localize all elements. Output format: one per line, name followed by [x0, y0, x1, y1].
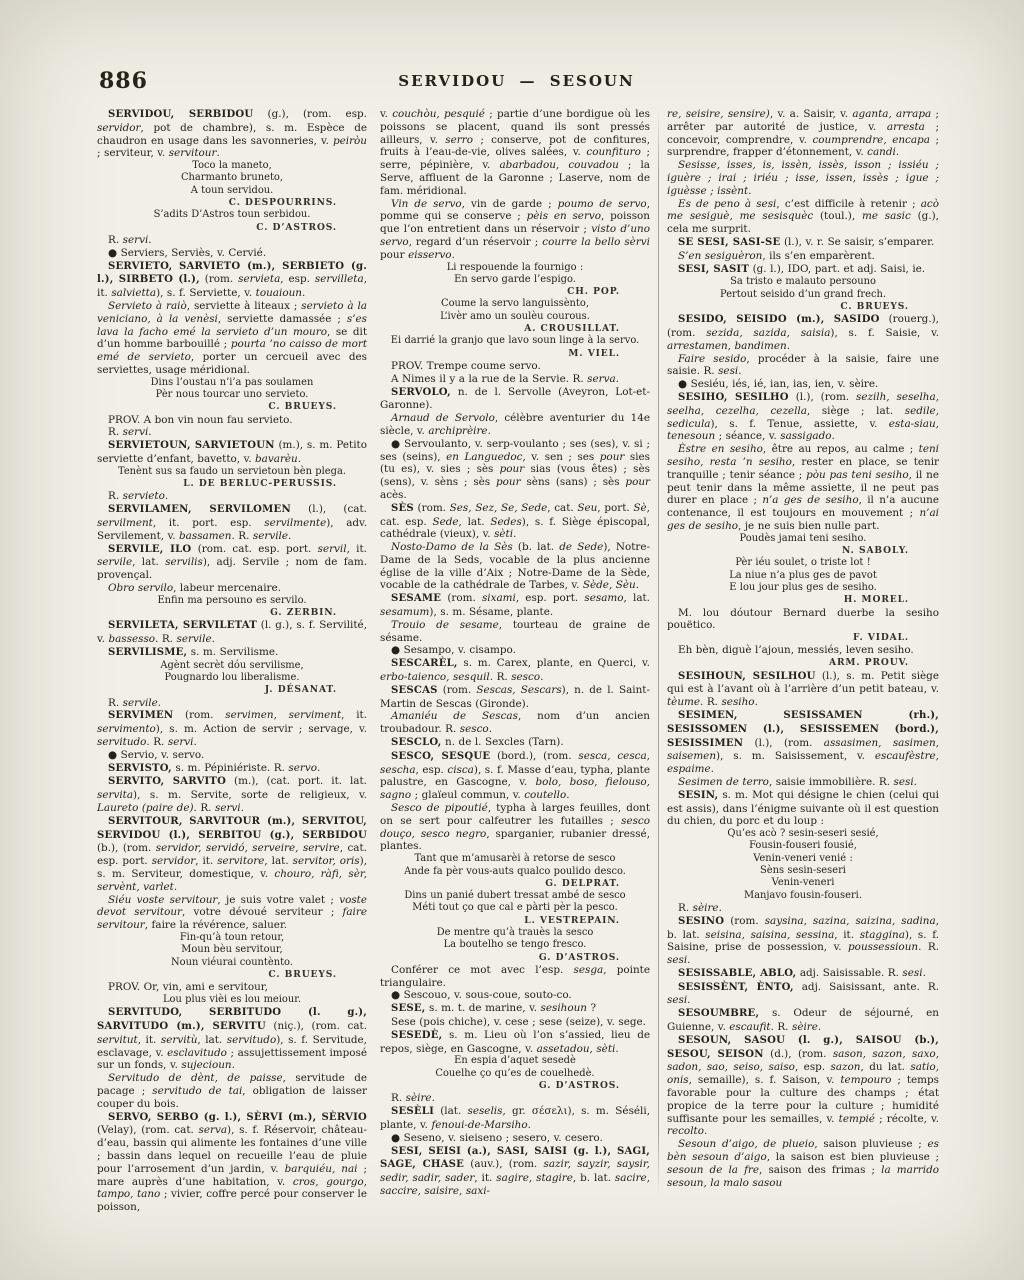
verse-line: Fin-qu’à toun retour, [97, 932, 367, 944]
dictionary-entry: SERVILAMEN, SERVILOMEN (l.), (cat. servi… [97, 503, 367, 542]
dictionary-entry: SERVILETA, SERVILETAT (l. g.), s. f. Ser… [97, 619, 367, 646]
dictionary-entry: SESCLO, n. de l. Sexcles (Tarn). [380, 736, 650, 750]
example-paragraph: Èstre en sesiho, être au repos, au calme… [667, 443, 939, 533]
example-paragraph: S’en sesiguèron, ils s’en emparèrent. [667, 250, 939, 263]
headword: SERVO, SERBO (g. l.), SÈRVI (m.), SÈRVIO [108, 1112, 367, 1123]
verse-line: Enfin ma persouno es servilo. [97, 595, 367, 607]
dictionary-entry: SERVIDOU, SERBIDOU (g.), (rom. esp. serv… [97, 108, 367, 160]
column-right: re, seisire, sensire), v. a. Saisir, v. … [667, 108, 939, 1189]
dictionary-entry: SESIHOUN, SESILHOU (l.), s. m. Petit siè… [667, 670, 939, 709]
headword: SESCAS [391, 685, 438, 696]
headword: SERVILETA, SERVILETAT [108, 620, 257, 631]
dictionary-entry: SESI, SEISI (a.), SASI, SAISI (g. l.), S… [380, 1145, 650, 1198]
verse-line: Ei darrié la granjo que lavo soun linge … [380, 335, 650, 347]
headword: SERVILAMEN, SERVILOMEN [108, 504, 291, 515]
example-paragraph: R. sèire. [380, 1092, 650, 1105]
verse-line: Ande fa pèr vous-auts qualco poulido des… [380, 866, 650, 878]
dictionary-entry: SESÈLI (lat. seselis, gr. σέσελι), s. m.… [380, 1105, 650, 1132]
proverb-line: PROV. Trempe coume servo. [380, 360, 650, 373]
headword: SESE, [391, 1003, 425, 1014]
attribution: M. VIEL. [380, 348, 650, 360]
headword: SESINO [678, 916, 724, 927]
verse-line: Venin-veneri venié : [667, 853, 939, 865]
attribution: L. VESTREPAIN. [380, 915, 650, 927]
verse-line: E lou jour plus ges de sesiho. [667, 582, 939, 594]
cross-reference-line: ● Serviers, Serviès, v. Cervié. [97, 247, 367, 260]
example-paragraph: R. servieto. [97, 490, 367, 503]
verse-line: Toco la maneto, [97, 160, 367, 172]
attribution: G. ZERBIN. [97, 607, 367, 619]
verse-line: Poudès jamai teni sesiho. [667, 533, 939, 545]
verse-line: L’ivèr amo un soulèu courous. [380, 311, 650, 323]
verse-line: Pougnardo lou liberalisme. [97, 672, 367, 684]
headword: SESISSABLE, ABLO, [678, 968, 796, 979]
column-center: v. couchòu, pesquié ; partie d’une bordi… [380, 108, 650, 1198]
headword: SERVITOUR, SARVITOUR (m.), SERVITOU, SER… [97, 816, 367, 841]
continuation-paragraph: v. couchòu, pesquié ; partie d’une bordi… [380, 108, 650, 198]
headword: SESI, SASIT [678, 264, 749, 275]
example-paragraph: Es de peno à sesi, c’est difficile à ret… [667, 198, 939, 236]
verse-line: Sa tristo e malauto persouno [667, 276, 939, 288]
example-paragraph: R. servi. [97, 426, 367, 439]
verse-line: En servo garde l’espigo. [380, 274, 650, 286]
headword: SESAME [391, 593, 441, 604]
continuation-paragraph: re, seisire, sensire), v. a. Saisir, v. … [667, 108, 939, 159]
attribution: C. BRUEYS. [97, 401, 367, 413]
headword: SERVISTO, [108, 763, 172, 774]
dictionary-entry: SERVOLO, n. de l. Servolle (Aveyron, Lot… [380, 386, 650, 413]
example-paragraph: R. servile. [97, 697, 367, 710]
dictionary-entry: SERVISTO, s. m. Pépiniériste. R. servo. [97, 762, 367, 776]
verse-line: Méti tout ço que cal e pàrti pèr la pesc… [380, 902, 650, 914]
example-paragraph: Amaniéu de Sescas, nom d’un ancien troub… [380, 710, 650, 736]
headword: SESCLO, [391, 737, 442, 748]
example-paragraph: R. servi. [97, 234, 367, 247]
cross-reference-line: ● Seseno, v. sieiseno ; sesero, v. ceser… [380, 1132, 650, 1145]
dictionary-entry: SESIMEN, SESISSAMEN (rh.), SESISSOMEN (l… [667, 709, 939, 776]
verse-line: Agènt secrèt dóu servilisme, [97, 660, 367, 672]
example-paragraph: Sesimen de terro, saisie immobilière. R.… [667, 776, 939, 789]
headword: SERVIDOU, SERBIDOU [108, 109, 253, 120]
headword: SESIDO, SEISIDO (m.), SASIDO [678, 314, 880, 325]
headword: SESCO, SESQUE [391, 751, 490, 762]
headword: SESIHO, SESILHO [678, 392, 789, 403]
attribution: N. SABOLY. [667, 545, 939, 557]
verse-line: Manjavo fousin-fouseri. [667, 890, 939, 902]
example-paragraph: Siéu voste servitour, je suis votre vale… [97, 894, 367, 932]
example-paragraph: A Nimes il y a la rue de la Servie. R. s… [380, 373, 650, 386]
dictionary-entry: SERVITOUR, SARVITOUR (m.), SERVITOU, SER… [97, 815, 367, 894]
page-header: 886 SERVIDOU — SESOUN [97, 70, 936, 100]
attribution: C. DESPOURRINS. [97, 197, 367, 209]
example-paragraph: Obro servilo, labeur mercenaire. [97, 582, 367, 595]
dictionary-entry: SESISSÈNT, ÈNTO, adj. Saisissant, ante. … [667, 981, 939, 1008]
verse-line: Pertout seisido d’un grand frech. [667, 289, 939, 301]
dictionary-entry: SESOUMBRE, s. Odeur de séjourné, en Guie… [667, 1007, 939, 1034]
example-paragraph: R. sèire. [667, 902, 939, 915]
verse-line: A toun servidou. [97, 185, 367, 197]
example-paragraph: Vin de servo, vin de garde ; poumo de se… [380, 198, 650, 262]
verse-line: Moun bèu servitour, [97, 944, 367, 956]
cross-reference-line: ● Servio, v. servo. [97, 749, 367, 762]
example-paragraph: Eh bèn, diguè l’ajoun, messiés, leven se… [667, 644, 939, 657]
attribution: G. D’ASTROS. [380, 1080, 650, 1092]
headword: SERVILISME, [108, 647, 187, 658]
dictionary-entry: SESI, SASIT (g. l.), IDO, part. et adj. … [667, 263, 939, 277]
verse-line: Qu’es acò ? sesin-seseri sesié, [667, 828, 939, 840]
proverb-line: PROV. Or, vin, ami e servitour, [97, 981, 367, 994]
headword: SESIN, [678, 790, 718, 801]
verse-line: Sèns sesin-seseri [667, 865, 939, 877]
attribution: H. MOREL. [667, 594, 939, 606]
cross-reference-line: ● Sesampo, v. cisampo. [380, 644, 650, 657]
headword: SESEDÈ, [391, 1030, 442, 1041]
headword: SESOUMBRE, [678, 1008, 759, 1019]
verse-line: Fousin-fouseri fousié, [667, 840, 939, 852]
verse-line: Li respouende la fournigo : [380, 262, 650, 274]
verse-line: En espia d’aquet sesedè [380, 1055, 650, 1067]
verse-line: Tenènt sus sa faudo un servietoun bèn pl… [97, 466, 367, 478]
verse-line: Venin-veneri [667, 877, 939, 889]
proverb-line: PROV. A bon vin noun fau servieto. [97, 414, 367, 427]
cross-reference-line: ● Sesiéu, iés, ié, ian, ias, ien, v. sèi… [667, 378, 939, 391]
dictionary-entry: SERVITO, SARVITO (m.), (cat. port. it. l… [97, 775, 367, 814]
dictionary-entry: SESIN, s. m. Mot qui désigne le chien (c… [667, 789, 939, 828]
attribution: C. BRUEYS. [667, 301, 939, 313]
headword: SERVOLO, [391, 387, 451, 398]
dictionary-entry: SESISSABLE, ABLO, adj. Saisissable. R. s… [667, 967, 939, 981]
dictionary-entry: SESIDO, SEISIDO (m.), SASIDO (rouerg.), … [667, 313, 939, 352]
column-left: SERVIDOU, SERBIDOU (g.), (rom. esp. serv… [97, 108, 367, 1214]
dictionary-entry: SERVIMEN (rom. servimen, serviment, it. … [97, 709, 367, 748]
example-paragraph: Servitudo de dènt, de paisse, servitude … [97, 1072, 367, 1110]
attribution: L. DE BERLUC-PERUSSIS. [97, 478, 367, 490]
example-paragraph: Nosto-Damo de la Sès (b. lat. de Sede), … [380, 541, 650, 592]
attribution: G. D’ASTROS. [380, 952, 650, 964]
verse-line: De mentre qu’à trauès la sesco [380, 927, 650, 939]
example-paragraph: Sesco de pipoutié, typha à larges feuill… [380, 802, 650, 853]
verse-line: Coume la servo languissènto, [380, 298, 650, 310]
headword: SESIHOUN, SESILHOU [678, 671, 816, 682]
verse-line: Noun viéurai countènto. [97, 957, 367, 969]
attribution: CH. POP. [380, 286, 650, 298]
dictionary-entry: SESCARÈL, s. m. Carex, plante, en Querci… [380, 657, 650, 684]
dictionary-entry: SERVIETOUN, SARVIETOUN (m.), s. m. Petit… [97, 439, 367, 466]
verse-line: Lou plus vièi es lou meiour. [97, 994, 367, 1006]
cross-reference-line: ● Sescouo, v. sous-coue, souto-co. [380, 989, 650, 1002]
attribution: C. BRUEYS. [97, 969, 367, 981]
headword: SERVIETOUN, SARVIETOUN [108, 440, 275, 451]
headword: SÈS [391, 503, 414, 514]
dictionary-entry: SESE, s. m. t. de marine, v. sesihoun ? [380, 1002, 650, 1016]
example-paragraph: Conférer ce mot avec l’esp. sesga, point… [380, 964, 650, 990]
example-paragraph: Sesoun d’aigo, de plueio, saison pluvieu… [667, 1138, 939, 1189]
headword: SERVITUDO, SERBITUDO (l. g.), SARVITUDO … [97, 1007, 367, 1032]
attribution: G. DELPRAT. [380, 878, 650, 890]
headword: SESISSÈNT, ÈNTO, [678, 982, 794, 993]
dictionary-entry: SESEDÈ, s. m. Lieu où l’on s’assied, lie… [380, 1029, 650, 1056]
attribution: C. D’ASTROS. [97, 222, 367, 234]
example-paragraph: Sese (pois chiche), v. cese ; sese (seiz… [380, 1016, 650, 1029]
verse-line: Charmanto bruneto, [97, 172, 367, 184]
dictionary-entry: SESINO (rom. saysina, sazina, saizina, s… [667, 915, 939, 967]
dictionary-entry: SERVIETO, SARVIETO (m.), SERBIETO (g. l.… [97, 260, 367, 300]
dictionary-entry: SE SESI, SASI-SE (l.), v. r. Se saisir, … [667, 236, 939, 250]
text-columns: SERVIDOU, SERBIDOU (g.), (rom. esp. serv… [97, 108, 939, 1214]
verse-line: S’adits D’Astros toun serbidou. [97, 209, 367, 221]
dictionary-entry: SERVILISME, s. m. Servilisme. [97, 646, 367, 660]
headword: SERVILE, ILO [108, 544, 191, 555]
verse-line: La niue n’a plus ges de pavot [667, 570, 939, 582]
headword: SERVIMEN [108, 710, 173, 721]
headword: SESCARÈL, [391, 658, 458, 669]
example-paragraph: M. lou dóutour Bernard duerbe la sesiho … [667, 607, 939, 633]
dictionary-entry: SESAME (rom. sixami, esp. port. sesamo, … [380, 592, 650, 619]
dictionary-entry: SESCAS (rom. Sescas, Sescars), n. de l. … [380, 684, 650, 711]
dictionary-entry: SERVO, SERBO (g. l.), SÈRVI (m.), SÈRVIO… [97, 1111, 367, 1214]
verse-line: Dins l’oustau n’i’a pas soulamen [97, 377, 367, 389]
verse-line: Couelhe ço qu’es de couelhedè. [380, 1068, 650, 1080]
example-paragraph: Faire sesido, procéder à la saisie, fair… [667, 353, 939, 379]
dictionary-entry: SESCO, SESQUE (bord.), (rom. sesca, cesc… [380, 750, 650, 802]
dictionary-entry: SESOUN, SASOU (l. g.), SAISOU (b.), SESO… [667, 1034, 939, 1138]
attribution: J. DÉSANAT. [97, 684, 367, 696]
verse-line: Tant que m’amusarèi à retorse de sesco [380, 853, 650, 865]
dictionary-entry: SERVILE, ILO (rom. cat. esp. port. servi… [97, 543, 367, 582]
attribution: ARM. PROUV. [667, 657, 939, 669]
running-head: SERVIDOU — SESOUN [97, 72, 936, 90]
verse-line: Pèr iéu soulet, o triste lot ! [667, 557, 939, 569]
example-paragraph: Arnaud de Servolo, célèbre aventurier du… [380, 412, 650, 438]
attribution: F. VIDAL. [667, 632, 939, 644]
headword: SESÈLI [391, 1106, 434, 1117]
verse-line: Pèr nous tourcar uno servieto. [97, 389, 367, 401]
example-paragraph: Sesisse, isses, is, issèn, issès, isson … [667, 159, 939, 197]
dictionary-entry: SÈS (rom. Ses, Sez, Se, Sede, cat. Seu, … [380, 502, 650, 541]
example-paragraph: Servieto à raiò, serviette à liteaux ; s… [97, 300, 367, 377]
cross-reference-line: ● Servoulanto, v. serp-voulanto ; ses (s… [380, 438, 650, 502]
column-rule [658, 110, 659, 1196]
verse-line: La boutelho se tengo fresco. [380, 939, 650, 951]
dictionary-entry: SERVITUDO, SERBITUDO (l. g.), SARVITUDO … [97, 1006, 367, 1072]
dictionary-page: 886 SERVIDOU — SESOUN SERVIDOU, SERBIDOU… [0, 0, 1024, 1280]
example-paragraph: Trouio de sesame, tourteau de graine de … [380, 619, 650, 645]
headword: SERVITO, SARVITO [108, 776, 226, 787]
dictionary-entry: SESIHO, SESILHO (l.), (rom. sezilh, sese… [667, 391, 939, 443]
headword: SE SESI, SASI-SE [678, 237, 780, 248]
attribution: A. CROUSILLAT. [380, 323, 650, 335]
verse-line: Dins un panié dubert tressat ambé de ses… [380, 890, 650, 902]
